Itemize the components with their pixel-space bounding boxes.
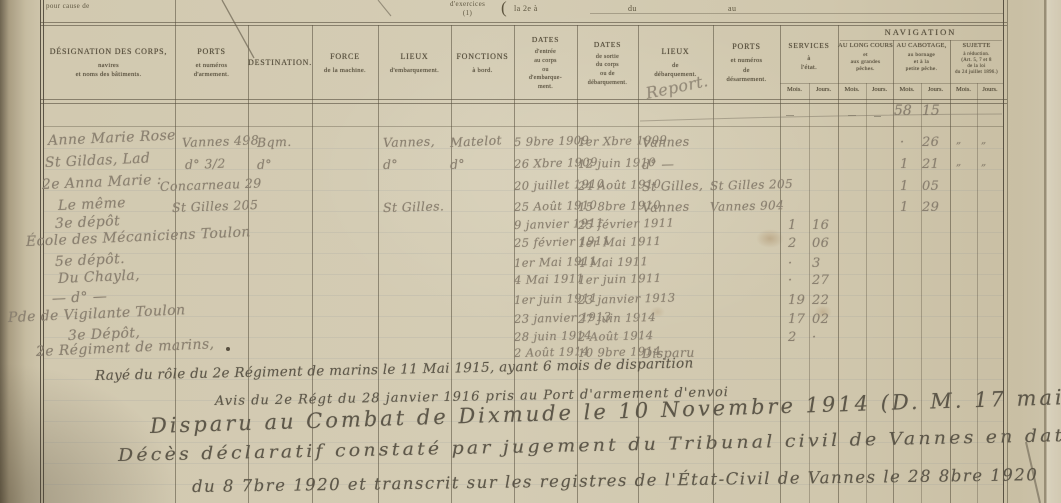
pen-stroke [1026, 442, 1040, 503]
naval-register-page: pour cause de d'exercices (1) ( la 2e à … [0, 0, 1061, 503]
diagonal-stroke [222, 0, 254, 58]
hand-rule [640, 114, 1002, 121]
pen-strokes [0, 0, 1061, 503]
diagonal-stroke [378, 0, 391, 16]
